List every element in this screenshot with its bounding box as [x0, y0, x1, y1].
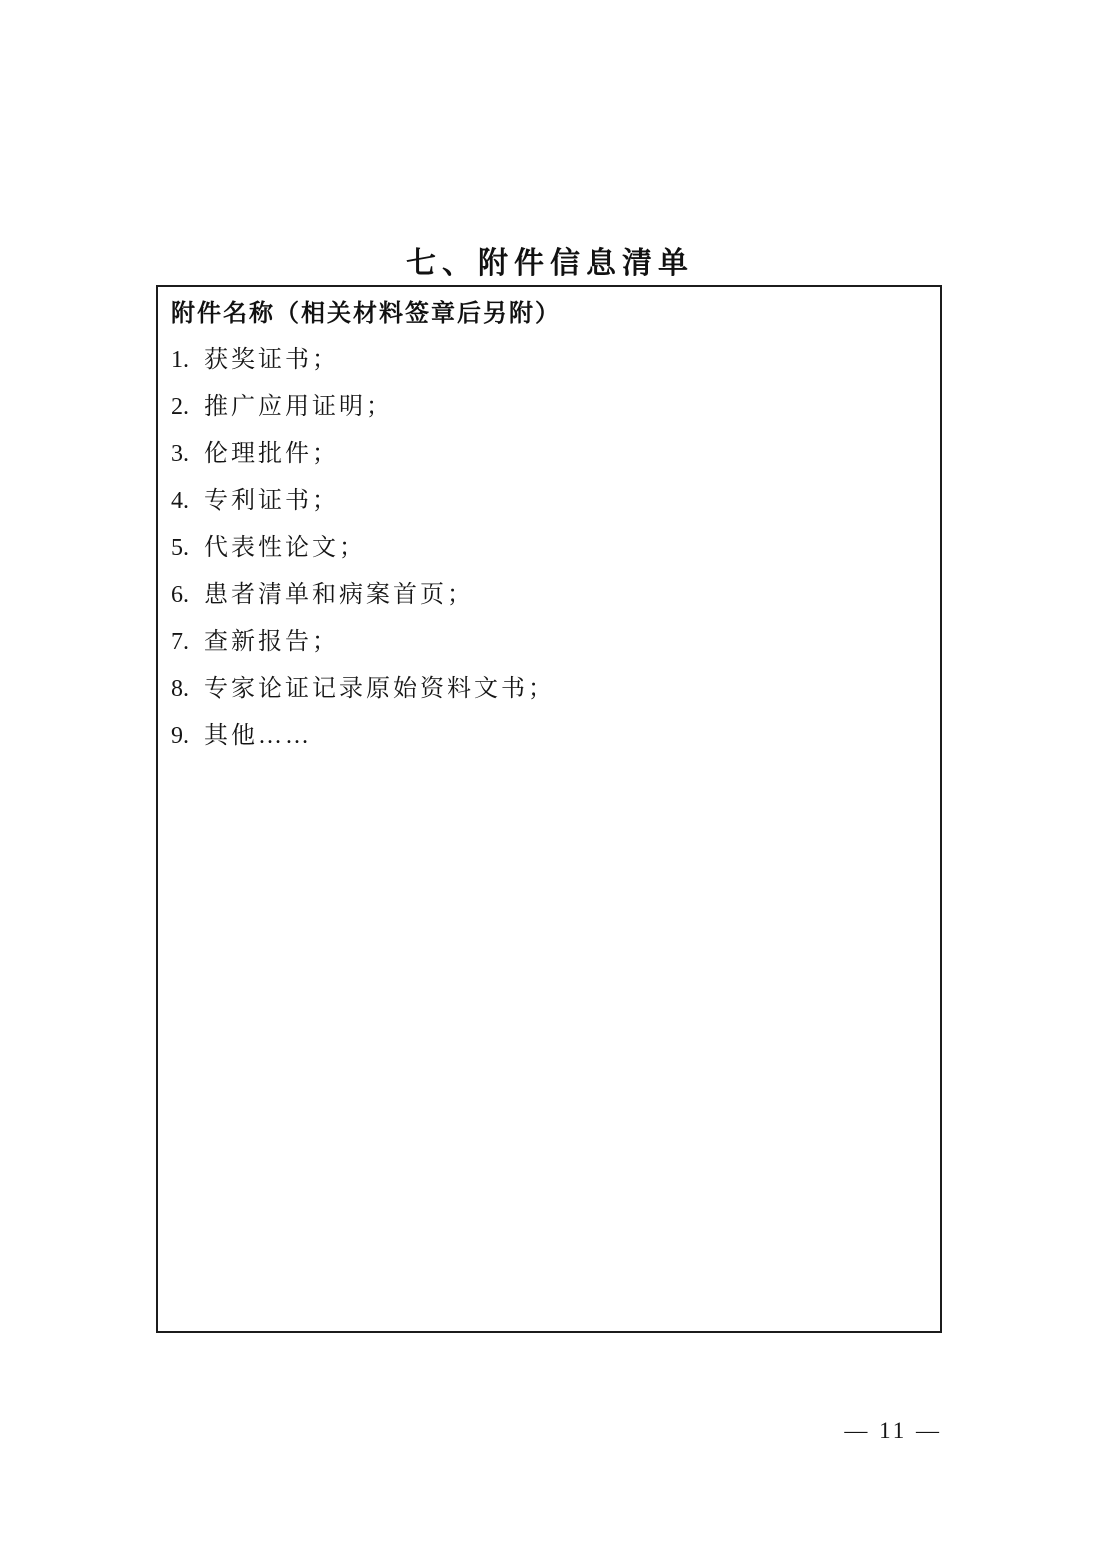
item-number: 2. — [171, 393, 195, 421]
item-text: 推广应用证明； — [204, 394, 393, 420]
item-text: 查新报告； — [204, 629, 339, 655]
item-number: 1. — [171, 346, 195, 374]
list-item: 1.获奖证书； — [171, 346, 926, 374]
item-text: 其他…… — [204, 723, 312, 749]
list-item: 6.患者清单和病案首页； — [171, 581, 926, 609]
list-item: 3.伦理批件； — [171, 440, 926, 468]
item-number: 4. — [171, 487, 195, 515]
list-item: 5.代表性论文； — [171, 534, 926, 562]
list-item: 7.查新报告； — [171, 628, 926, 656]
attachment-box-header: 附件名称（相关材料签章后另附） — [171, 300, 926, 328]
item-number: 7. — [171, 628, 195, 656]
item-text: 患者清单和病案首页； — [204, 582, 474, 608]
item-text: 伦理批件； — [204, 441, 339, 467]
page-title: 七、附件信息清单 — [0, 238, 1100, 282]
item-text: 专家论证记录原始资料文书； — [204, 676, 555, 702]
item-text: 代表性论文； — [204, 535, 366, 561]
item-number: 3. — [171, 440, 195, 468]
item-number: 8. — [171, 675, 195, 703]
attachment-info-box: 附件名称（相关材料签章后另附） 1.获奖证书； 2.推广应用证明； 3.伦理批件… — [156, 285, 942, 1333]
item-number: 6. — [171, 581, 195, 609]
list-item: 9.其他…… — [171, 722, 926, 750]
item-number: 5. — [171, 534, 195, 562]
item-text: 获奖证书； — [204, 347, 339, 373]
list-item: 2.推广应用证明； — [171, 393, 926, 421]
attachment-list: 1.获奖证书； 2.推广应用证明； 3.伦理批件； 4.专利证书； 5.代表性论… — [171, 346, 926, 750]
list-item: 8.专家论证记录原始资料文书； — [171, 675, 926, 703]
page-number: — 11 — — [844, 1418, 942, 1444]
item-text: 专利证书； — [204, 488, 339, 514]
item-number: 9. — [171, 722, 195, 750]
list-item: 4.专利证书； — [171, 487, 926, 515]
